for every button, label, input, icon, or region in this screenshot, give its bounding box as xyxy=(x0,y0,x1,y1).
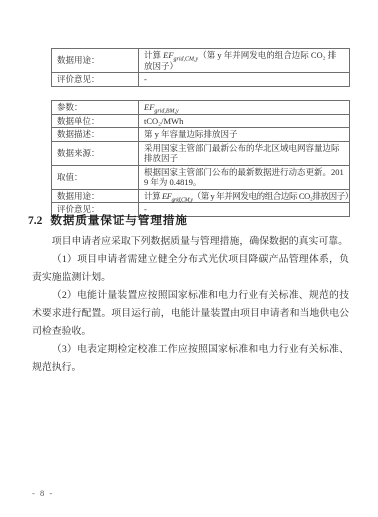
value-prefix: 计算 xyxy=(144,191,162,201)
body-paragraph: （3）电表定期检定校准工作应按照国家标准和电力行业有关标准、规范执行。 xyxy=(32,341,349,377)
table-row: 数据描述： 第 y 年容量边际排放因子 xyxy=(52,128,350,142)
table-row: 评价意见： - xyxy=(52,73,350,87)
value-prefix: 计算 xyxy=(144,50,163,60)
row-label: 取值： xyxy=(52,165,139,189)
row-label: 数据用途： xyxy=(52,49,139,73)
ef-formula-subscript: grid,CM,y xyxy=(172,197,193,203)
row-value: - xyxy=(139,73,350,87)
parameter-detail-table: 参数： EFgrid,BM,y 数据单位： tCO₂/MWh 数据描述： 第 y… xyxy=(51,100,350,217)
table-row: 参数： EFgrid,BM,y xyxy=(52,101,350,115)
row-label: 数据描述： xyxy=(52,128,139,142)
section-number: 7.2 xyxy=(28,215,42,227)
row-label: 参数： xyxy=(52,101,139,115)
row-label: 数据单位： xyxy=(52,114,139,128)
row-label: 数据来源： xyxy=(52,141,139,165)
row-label: 数据用途： xyxy=(52,189,139,203)
body-paragraph: （2）电能计量装置应按照国家标准和电力行业有关标准、规范的技术要求进行配置。项目… xyxy=(32,287,349,341)
page-number: - 8 - xyxy=(32,488,54,498)
usage-evaluation-table: 数据用途： 计算 EFgrid,CM,y（第 y 年并网发电的组合边际 CO₂ … xyxy=(51,48,350,87)
body-paragraph: 项目申请者应采取下列数据质量与管理措施，确保数据的真实可靠。 xyxy=(32,233,349,251)
body-paragraph: （1）项目申请者需建立健全分布式光伏项目降碳产品管理体系，负责实施监测计划。 xyxy=(32,251,349,287)
row-value: 计算 EFgrid,CM,y（第 y 年并网发电的组合边际 CO₂ 排放因子） xyxy=(139,49,350,73)
document-page: 数据用途： 计算 EFgrid,CM,y（第 y 年并网发电的组合边际 CO₂ … xyxy=(0,0,378,517)
table-row: 数据单位： tCO₂/MWh xyxy=(52,114,350,128)
ef-formula: EF xyxy=(162,191,172,201)
row-value: tCO₂/MWh xyxy=(139,114,350,128)
ef-formula: EF xyxy=(144,102,154,112)
value-suffix: （第 y 年并网发电的组合边际 CO₂排放因子） xyxy=(193,191,353,201)
table-row: 取值： 根据国家主管部门公布的最新数据进行动态更新。2019 年为 0.4819… xyxy=(52,165,350,189)
row-label: 评价意见： xyxy=(52,73,139,87)
table-row: 数据用途： 计算 EFgrid,CM,y（第 y 年并网发电的组合边际 CO₂排… xyxy=(52,189,350,203)
row-value: 采用国家主管部门最新公布的华北区域电网容量边际排放因子 xyxy=(139,141,350,165)
row-value: 根据国家主管部门公布的最新数据进行动态更新。2019 年为 0.4819。 xyxy=(139,165,350,189)
row-value: 第 y 年容量边际排放因子 xyxy=(139,128,350,142)
value-line: 计算 EFgrid,CM,y（第 y 年并网发电的组合边际 CO₂排放因子） xyxy=(144,191,353,201)
ef-formula: EF xyxy=(163,50,173,60)
row-value: 计算 EFgrid,CM,y（第 y 年并网发电的组合边际 CO₂排放因子） xyxy=(139,189,350,203)
row-value: EFgrid,BM,y xyxy=(139,101,350,115)
section-title: 数据质量保证与管理措施 xyxy=(50,215,188,227)
ef-formula-subscript: grid,BM,y xyxy=(154,109,178,115)
table-row: 数据用途： 计算 EFgrid,CM,y（第 y 年并网发电的组合边际 CO₂ … xyxy=(52,49,350,73)
section-body: 项目申请者应采取下列数据质量与管理措施，确保数据的真实可靠。 （1）项目申请者需… xyxy=(32,233,349,377)
table-row: 数据来源： 采用国家主管部门最新公布的华北区域电网容量边际排放因子 xyxy=(52,141,350,165)
section-heading: 7.2数据质量保证与管理措施 xyxy=(28,212,188,228)
